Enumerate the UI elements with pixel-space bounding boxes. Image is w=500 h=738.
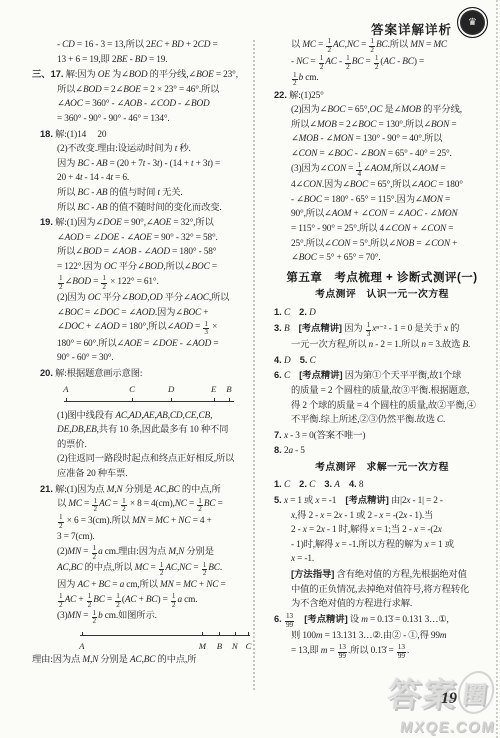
text-line: 所以 BC - AB 的值不随时间的变化而改变.	[32, 201, 264, 216]
tick-mark	[171, 398, 172, 402]
text-line: 3. B [考点精讲] 因为 13xⁿ⁻² - 1 = 0 是关于 x 的	[266, 321, 498, 339]
text-line: (2)不改变.理由:设运动时间为 t 秒.	[32, 142, 264, 157]
text-line: 中值的正负情况,去掉绝对值符号,将方程转化	[266, 583, 498, 598]
point-label: A	[63, 385, 68, 394]
fraction: 12	[58, 514, 64, 530]
text-line: ∠DOC + ∠AOD = 180°,所以∠AOD = 13 ×	[32, 320, 264, 337]
text-line: 的质量 = 2 个圆柱的质量,故③平衡.根据题意,	[266, 384, 498, 399]
text-line: ∠MOB - ∠MON = 130° - 90° = 40°.所以	[266, 132, 498, 147]
fraction: 13	[366, 322, 372, 338]
text-line: = 13,即 m = 1399.所以 0.1̇3̇ = 1399.	[266, 644, 498, 661]
point-label: C	[129, 385, 135, 394]
text-line: 12AC + 12BC = 12(AC + BC) = 12a cm.	[32, 593, 264, 610]
text-line: 180° = 60°.所以∠AOE = ∠DOE - ∠AOD =	[32, 337, 264, 352]
text-line: 7. x - 3 = 0(答案不唯一)	[266, 428, 498, 444]
text-line: 8. 2a - 5	[266, 443, 498, 459]
text-line: 因为 AC + BC = a cm,所以 MN = MC + NC =	[32, 578, 264, 593]
segment-line	[80, 635, 250, 636]
right-column: 以 MC = 12AC,NC = 12BC.所以 MN = MC- NC = 1…	[266, 38, 498, 661]
tick-mark	[82, 632, 83, 636]
point-label: B	[226, 385, 231, 394]
text-line: 的票价.	[32, 438, 264, 453]
fraction: 12	[319, 55, 325, 71]
text-line: 3 = 7(cm).	[32, 530, 264, 545]
fraction: 12	[121, 498, 127, 514]
text-line: 2 - x = 2x - 1 时,解得 x = 1;当 2 - x = -(2x	[266, 523, 498, 538]
text-line: 所以∠BOD = 2∠BOE = 2 × 23° = 46°.所以	[32, 83, 264, 98]
h2-heading: 考点测评 求解一元一次方程	[266, 461, 498, 476]
text-line: ∠CON = ∠BOC - ∠BON = 65° - 40° = 25°.	[266, 147, 498, 162]
text-line: 1. C 2. D	[266, 305, 498, 321]
tick-mark	[248, 632, 249, 636]
fraction: 12	[369, 38, 375, 54]
text-line: 20. 解:根据题意画示意图:	[32, 366, 264, 382]
text-line: 不平衡.综上所述,②③仍然平衡.故选 C.	[266, 413, 498, 428]
tick-mark	[235, 632, 236, 636]
text-line: 21. 解:(1)因为点 M,N 分别是 AC,BC 的中点,所	[32, 482, 264, 498]
segment-line	[64, 401, 234, 402]
watermark-site: MXQE.COM	[399, 719, 496, 736]
text-line: - ∠BOC = 180° - 65° = 115°.因为∠MON =	[266, 193, 498, 208]
brand-seal-icon: ♛	[457, 7, 488, 38]
fraction: 12	[171, 593, 177, 609]
text-line: (1)图中线段有 AC,AD,AE,AB,CD,CE,CB,	[32, 409, 264, 424]
fraction: 12	[159, 562, 165, 578]
watermark-circled-char: 圈	[455, 671, 496, 714]
text-line: 12 × 6 = 3(cm).所以 MN = MC + NC = 4 +	[32, 514, 264, 531]
fraction: 1399	[338, 644, 347, 660]
text-line: 则 100m = 13.131 3…②.由② - ①,得 99m	[266, 629, 498, 644]
tick-mark	[132, 398, 133, 402]
fraction: 12	[58, 275, 64, 291]
text-line: ∠AOC = 360° - ∠AOB - ∠COD - ∠BOD	[32, 97, 264, 112]
text-line: 所以 BC - AB 的值与时间 t 无关.	[32, 186, 264, 201]
text-line: 5. x = 1 或 x = -1 [考点精讲] 由|2x - 1| = 2 -	[266, 493, 498, 509]
fraction: 12	[101, 275, 107, 291]
tick-mark	[214, 398, 215, 402]
text-line: (3)MN = 12b cm.如图所示.	[32, 609, 264, 626]
tick-mark	[66, 398, 67, 402]
segment-diagram: ACDEB	[64, 385, 234, 407]
text-line: ∠BOC = ∠DOC = ∠AOD.因为∠BOC +	[32, 306, 264, 321]
tick-mark	[229, 398, 230, 402]
text-line: - CD = 16 - 3 = 13,所以 2EC + BD + 2CD =	[32, 38, 264, 53]
text-line: 6. 1399 [考点精讲] 设 m = 0.1̇3̇ = 0.131 3…①,	[266, 612, 498, 630]
point-label: D	[168, 385, 174, 394]
fraction: 12	[197, 498, 203, 514]
text-line: 所以∠MOB = 2∠BOC = 130°.所以∠BON =	[266, 118, 498, 133]
text-line: 理由:因为点 M,N 分别是 AC,BC 的中点,所	[32, 653, 264, 668]
tick-mark	[219, 632, 220, 636]
text-line: = 360° - 90° - 90° - 46° = 134°.	[32, 112, 264, 127]
text-line: (2)因为∠BOC = 65°,OC 是∠MOB 的平分线,	[266, 103, 498, 118]
point-label: B	[217, 642, 222, 651]
fraction: 14	[356, 162, 362, 178]
text-line: 90°,所以∠AOM + ∠CON = ∠AOC - ∠MON	[266, 207, 498, 222]
text-line: 6. C [考点精讲] 因为第①个天平平衡,故1个球	[266, 368, 498, 384]
text-line: 以 MC = 12AC = 12 × 8 = 4(cm),NC = 12BC =	[32, 497, 264, 514]
fraction: 1399	[397, 644, 406, 660]
text-line: AC,BC 的中点,所以 MC = 12AC,NC = 12BC.	[32, 561, 264, 578]
text-line: 12∠BOD = 12 × 122° = 61°.	[32, 275, 264, 292]
text-line: = 122°.因为 OC 平分∠BOD,所以∠BOC =	[32, 260, 264, 275]
point-label: M	[199, 642, 206, 651]
text-line: ∠AOD = ∠DOE - ∠AOE = 90° - 32° = 58°.	[32, 231, 264, 246]
text-line: (2)因为 OC 平分∠BOD,OD 平分∠AOC,所以	[32, 291, 264, 306]
fraction: 12	[292, 72, 298, 88]
text-line: 应准备 20 种车票.	[32, 467, 264, 482]
fraction: 12	[115, 593, 121, 609]
text-line: x = -1.	[266, 552, 498, 567]
fraction: 12	[326, 38, 332, 54]
text-line: 1. C 2. C 3. A 4. 8	[266, 477, 498, 493]
fraction: 12	[374, 55, 380, 71]
text-line: 18. 解:(1)14 20	[32, 127, 264, 143]
h1-heading: 第五章 考点梳理 + 诊断式测评(一)	[266, 271, 498, 286]
text-line: 所以∠BOD = ∠AOB - ∠AOD = 180° - 58°	[32, 245, 264, 260]
fraction: 1399	[285, 613, 294, 629]
text-line: - NC = 12AC - 12BC = 12(AC - BC) =	[266, 55, 498, 72]
point-label: E	[211, 385, 216, 394]
fraction: 12	[92, 610, 98, 626]
fraction: 13	[203, 321, 209, 337]
text-line: (2)MN = 12a cm.理由:因为点 M,N 分别是	[32, 545, 264, 562]
text-line: 4∠CON.因为∠BOC = 65°,所以∠AOC = 180°	[266, 178, 498, 193]
text-line: 22. 解:(1)25°	[266, 88, 498, 104]
text-line: 12b cm.	[266, 71, 498, 88]
text-line: ∠BOC = 5° + 65° = 70°.	[266, 251, 498, 266]
text-line: [方法指导] 含有绝对值的方程,先根据绝对值	[266, 567, 498, 583]
page-number: 19	[441, 690, 457, 708]
text-line: 19. 解:(1)因为∠DOE = 90°,∠AOE = 32°,所以	[32, 215, 264, 231]
text-line: 90° - 60° = 30°.	[32, 351, 264, 366]
text-line: 以 MC = 12AC,NC = 12BC.所以 MN = MC	[266, 38, 498, 55]
text-line: (3)因为∠CON = 14∠AOM,所以∠AOM =	[266, 162, 498, 179]
fraction: 12	[58, 593, 64, 609]
text-line: 三、17. 解:因为 OE 为∠BOD 的平分线,∠BOE = 23°,	[32, 67, 264, 83]
fraction: 12	[345, 55, 351, 71]
h2-heading: 考点测评 认识一元一次方程	[266, 288, 498, 303]
text-line: = 115° - 90° = 25°.所以 4∠CON + ∠CON =	[266, 222, 498, 237]
segment-diagram: AMBNC	[80, 629, 250, 651]
text-line: x,得 2 - x = 2x - 1 或 2 - x = -(2x - 1).当	[266, 509, 498, 524]
fraction: 12	[87, 593, 93, 609]
page-title: 答案详解详析	[371, 20, 452, 38]
text-line: 25°.所以∠CON = 5°.所以∠NOB = ∠CON +	[266, 237, 498, 252]
text-line: DE,DB,EB,共有 10 条,因此最多有 10 种不同	[32, 423, 264, 438]
answer-book-page: 答案详解详析 ♛ - CD = 16 - 3 = 13,所以 2EC + BD …	[0, 0, 500, 738]
fraction: 12	[92, 545, 98, 561]
point-label: A	[79, 642, 84, 651]
left-column: - CD = 16 - 3 = 13,所以 2EC + BD + 2CD =13…	[32, 38, 264, 667]
text-line: 20 + 4t - 14 - 4t = 6.	[32, 171, 264, 186]
point-label: C	[245, 642, 251, 651]
tick-mark	[202, 632, 203, 636]
text-line: - 1)时,解得 x = -1.所以方程的解为 x = 1 或	[266, 538, 498, 553]
fraction: 12	[92, 498, 98, 514]
text-line: 一元一次方程,所以 n - 2 = 1.所以 n = 3.故选 B.	[266, 338, 498, 353]
text-line: (2)往返同一路段时起点和终点正好相反,所以	[32, 452, 264, 467]
text-line: 4. D 5. C	[266, 353, 498, 369]
text-line: 13 + 6 = 19,即 2BE - BD = 19.	[32, 53, 264, 68]
text-line: 为不含绝对值的方程进行求解.	[266, 597, 498, 612]
point-label: N	[232, 642, 238, 651]
fraction: 12	[202, 562, 208, 578]
text-line: 因为 BC - AB = (20 + 7t - 3t) - (14 + t + …	[32, 157, 264, 172]
crown-icon: ♛	[468, 18, 477, 28]
text-line: 得 2 个球的质量 = 4 个圆柱的质量,故②平衡,④	[266, 399, 498, 414]
